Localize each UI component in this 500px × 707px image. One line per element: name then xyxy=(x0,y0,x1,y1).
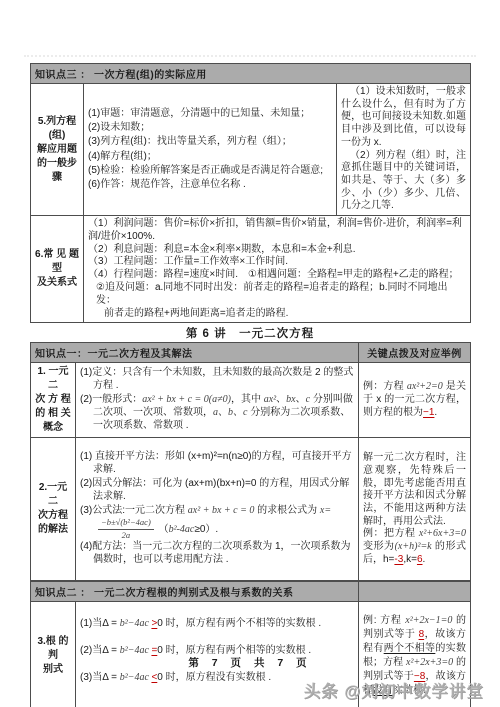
type-item: （1）利润问题：售价=标价×折扣，销售额=售价×销量，利润=售价-进价，利润率=… xyxy=(88,218,466,244)
row-label-steps: 5.列方程 (组) 解应用题 的一般步骤 xyxy=(31,84,84,216)
method-formula-intro: (3)公式法:一元二次方程 ax² + bx + c = 0 的求根公式为 x= xyxy=(80,505,354,518)
cell-steps-key-notes: （1）设未知数时，一般求什么设什么，但有时为了方便，也可间接设未知数.如题目中涉… xyxy=(337,84,471,216)
step-line: (6)作答：规范作答，注意单位名称 . xyxy=(88,178,332,192)
type-item: （4）行程问题：路程=速度×时间. ①相遇问题：全路程=甲走的路程+乙走的路程； xyxy=(88,269,466,282)
quadratic-formula-fraction: −b±√(b²−4ac)2a xyxy=(98,518,154,541)
cell-methods-key-notes: 解一元二次方程时，注意观察，先特殊后一般，即先考虑能否用直接开平方法和因式分解法… xyxy=(359,438,471,581)
concept-general-form: (2)一般形式：ax² + bx + c = 0(a≠0)，其中 ax²、bx、… xyxy=(80,394,354,432)
step-line: (4)解方程(组)； xyxy=(88,150,332,164)
step-line: (1)审题：审清题意，分清题中的已知量、未知量； xyxy=(88,107,332,121)
type-item: （3）工程问题：工作量=工作效率×工作时间. xyxy=(88,256,466,269)
table-linear-equation-application: 知识点三 ： 一次方程(组)的实际应用 5.列方程 (组) 解应用题 的一般步骤… xyxy=(30,63,471,323)
method-completing-square: (4)配方法：当一元二次方程的二次项系数为 1，一次项系数为偶数时，也可以考虑用… xyxy=(80,541,354,567)
concept-definition: (1)定义：只含有一个未知数，且未知数的最高次数是 2 的整式方程 . xyxy=(80,367,354,393)
section-header-knowledge-point-3: 知识点三 ： 一次方程(组)的实际应用 xyxy=(31,64,471,84)
row-label-common-problem-types: 6.常 见 题 型 及关系式 xyxy=(31,216,84,323)
section-header-knowledge-point-1: 知识点一：一元二次方程及其解法 xyxy=(31,343,359,363)
method-formula-line: −b±√(b²−4ac)2a （b²-4ac≥0）. xyxy=(80,518,354,541)
page-number: 第 7 页 共 7 页 xyxy=(0,655,500,670)
cell-solving-steps: (1)审题：审清题意，分清题中的已知量、未知量； (2)设未知数； (3)列方程… xyxy=(84,84,337,216)
cell-solving-methods: (1) 直接开平方法：形如 (x+m)²=n(n≥0)的方程，可直接开平方求解.… xyxy=(76,438,359,581)
methods-example-text: 例：把方程 x²+6x+3=0 变形为(x+h)²=k 的形式后，h=-3,k=… xyxy=(363,528,466,566)
type-item-sub: 前者走的路程+两地间距离=追者走的路程. xyxy=(88,308,466,321)
note-paragraph: （2）列方程（组）时，注意抓住题目中的关键词语，如共是、等于、大（多）多少、小（… xyxy=(341,150,466,214)
step-line: (3)列方程(组)：找出等量关系，列方程（组）； xyxy=(88,135,332,149)
cell-common-problem-types: （1）利润问题：售价=标价×折扣，销售额=售价×销量，利润=售价-进价，利润率=… xyxy=(84,216,471,323)
page-top-remnant-divider xyxy=(24,55,476,57)
section-header-spacer xyxy=(359,582,471,602)
row-label-solving-methods: 2.一元二 次方程 的解法 xyxy=(31,438,76,581)
method-direct-square-root: (1) 直接开平方法：形如 (x+m)²=n(n≥0)的方程，可直接开平方求解. xyxy=(80,451,354,477)
column-header-key-points: 关键点拨及对应举例 xyxy=(359,343,471,363)
table-quadratic-equation-methods: 知识点一：一元二次方程及其解法 关键点拨及对应举例 1. 一元二 次 方 程 的… xyxy=(30,342,471,581)
type-item: （2）利息问题：利息=本金×利率×期数，本息和=本金+利息. xyxy=(88,244,466,257)
formula-condition: （b²-4ac≥0）. xyxy=(159,524,219,535)
methods-advice-text: 解一元二次方程时，注意观察，先特殊后一般，即先考虑能否用直接开平方法和因式分解法… xyxy=(363,452,466,528)
step-line: (5)检验：检验所解答案是否正确或是否满足符合题意; xyxy=(88,164,332,178)
formula-numerator: −b±√(b²−4ac) xyxy=(98,518,154,530)
step-line: (2)设未知数； xyxy=(88,121,332,135)
discriminant-case-positive: (1)当Δ = b²−4ac >0 时，原方程有两个不相等的实数根 . xyxy=(80,617,354,630)
row-label-concept: 1. 一元二 次 方 程 的 相 关 概念 xyxy=(31,363,76,438)
cell-concept-example: 例：方程 ax²+2=0 是关于 x 的一元二次方程，则方程的根为−1. xyxy=(359,363,471,438)
type-item-sub: ②追及问题：a.同地不同时出发：前者走的路程=追者走的路程；b.同时不同地出发： xyxy=(88,282,466,308)
section-header-knowledge-point-2: 知识点二 ： 一元二次方程根的判别式及根与系数的关系 xyxy=(31,582,359,602)
lecture-6-title: 第 6 讲 一元二次方程 xyxy=(30,325,470,341)
formula-denominator: 2a xyxy=(98,530,154,541)
concept-example-text: 例：方程 ax²+2=0 是关于 x 的一元二次方程，则方程的根为−1. xyxy=(363,381,466,419)
watermark-toutiao-author: 头条 @刘初中数学讲堂 xyxy=(304,678,484,702)
document-body: 知识点三 ： 一次方程(组)的实际应用 5.列方程 (组) 解应用题 的一般步骤… xyxy=(30,63,470,707)
method-factoring: (2)因式分解法：可化为 (ax+m)(bx+n)=0 的方程，用因式分解法求解… xyxy=(80,478,354,504)
cell-concept-content: (1)定义：只含有一个未知数，且未知数的最高次数是 2 的整式方程 . (2)一… xyxy=(76,363,359,438)
note-paragraph: （1）设未知数时，一般求什么设什么，但有时为了方便，也可间接设未知数.如题目中涉… xyxy=(341,86,466,150)
